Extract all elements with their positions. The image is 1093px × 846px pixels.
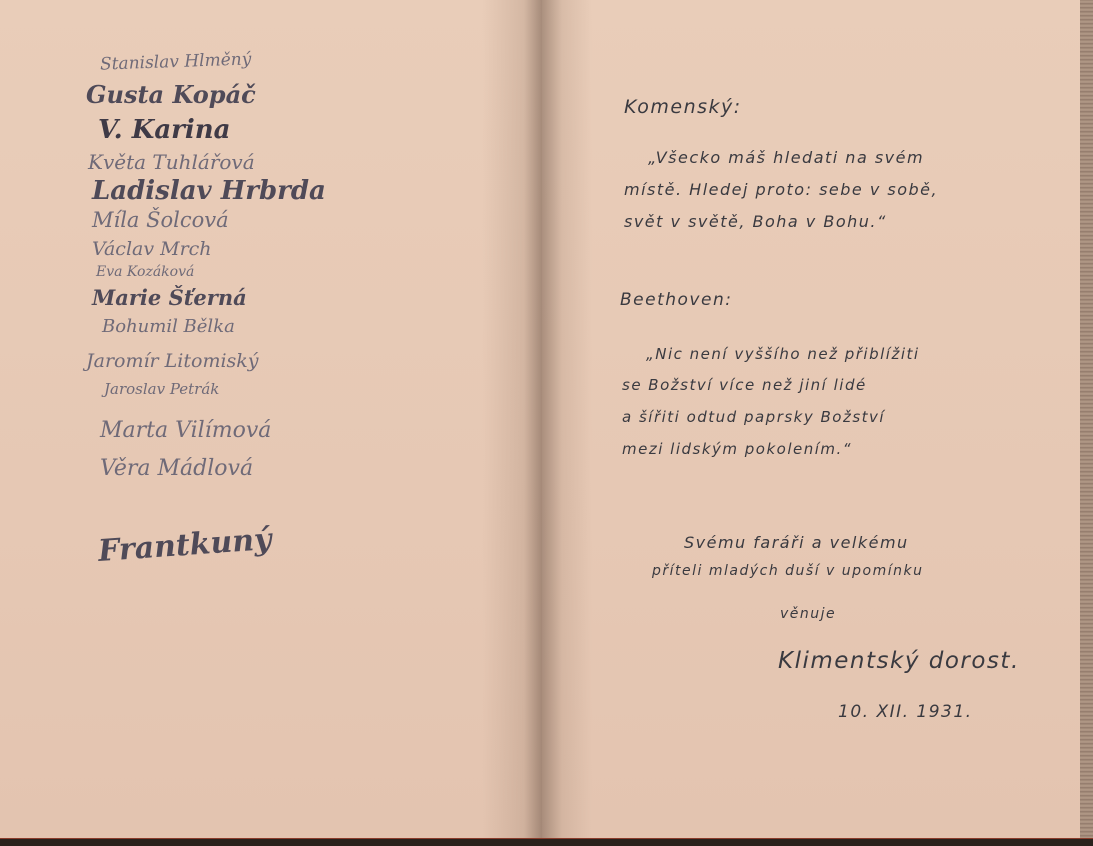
signature: Marie Šťerná (92, 285, 247, 310)
quote-line: se Božství více než jiní lidé (622, 376, 867, 394)
dedication-date: 10. XII. 1931. (838, 702, 973, 722)
signature: Jaromír Litomiský (86, 350, 259, 372)
komensky-heading: Komenský: (624, 96, 742, 118)
signature: Marta Vilímová (100, 418, 271, 443)
quote-line: a šířiti odtud paprsky Božství (622, 408, 885, 426)
signature: Frantkuný (97, 522, 273, 569)
gutter-shadow (542, 0, 592, 838)
signature: Jaroslav Petrák (104, 380, 219, 398)
signature: Ladislav Hrbrda (92, 176, 326, 206)
table-surface (0, 838, 1093, 846)
signature: Stanislav Hlměný (100, 49, 252, 74)
dedication-line: příteli mladých duší v upomínku (652, 563, 924, 579)
signature: Gusta Kopáč (86, 80, 256, 109)
right-page: Komenský: „Všecko máš hledati na svém mí… (542, 0, 1080, 838)
signature: Míla Šolcová (92, 208, 229, 232)
dedication-line: Svému faráři a velkému (684, 533, 909, 552)
quote-line: svět v světě, Boha v Bohu.“ (624, 212, 887, 231)
dedication-signature: Klimentský dorost. (778, 648, 1020, 674)
signature: Věra Mádlová (100, 456, 253, 481)
signature: Eva Kozáková (96, 264, 194, 280)
quote-line: mezi lidským pokolením.“ (622, 440, 852, 458)
signature: V. Karina (98, 115, 231, 145)
quote-line: „Všecko máš hledati na svém (648, 148, 924, 167)
open-book: Stanislav Hlměný Gusta Kopáč V. Karina K… (0, 0, 1093, 838)
signature: Bohumil Bělka (102, 316, 235, 337)
left-page: Stanislav Hlměný Gusta Kopáč V. Karina K… (0, 0, 542, 838)
quote-line: „Nic není vyššího než přiblížiti (646, 345, 920, 363)
signature: Květa Tuhlářová (88, 150, 255, 174)
beethoven-heading: Beethoven: (620, 290, 732, 310)
page-stack-edge (1080, 0, 1093, 838)
dedication-line: věnuje (780, 606, 836, 622)
signature: Václav Mrch (92, 238, 212, 260)
gutter-shadow (482, 0, 542, 838)
quote-line: místě. Hledej proto: sebe v sobě, (624, 180, 938, 199)
